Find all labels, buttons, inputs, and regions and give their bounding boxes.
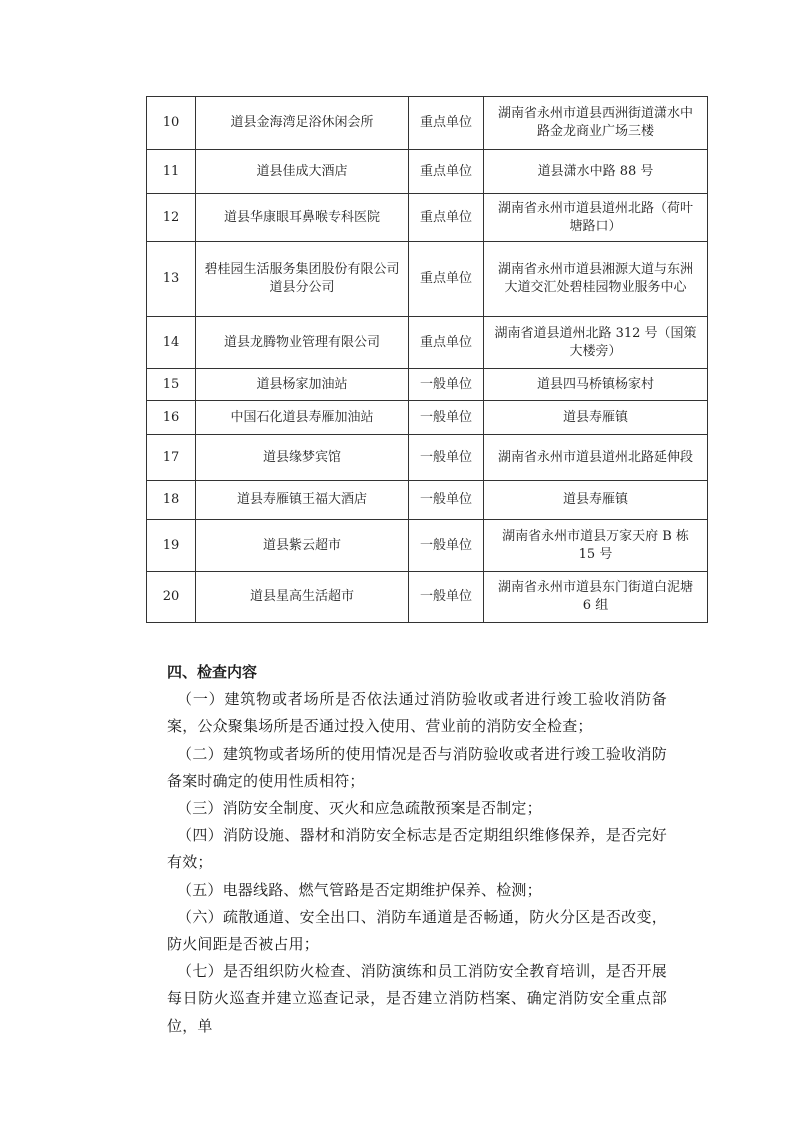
table-row: 18道县寿雁镇王福大酒店一般单位道县寿雁镇 — [147, 481, 708, 520]
unit-address-cell: 湖南省永州市道县万家天府 B 栋 15 号 — [484, 520, 708, 572]
inspection-item-5: （五）电器线路、燃气管路是否定期维护保养、检测； — [167, 877, 667, 904]
row-number-cell: 19 — [147, 520, 196, 572]
row-number-cell: 18 — [147, 481, 196, 520]
unit-level-cell: 一般单位 — [409, 401, 484, 435]
table-row: 15道县杨家加油站一般单位道县四马桥镇杨家村 — [147, 369, 708, 401]
unit-address-cell: 道县四马桥镇杨家村 — [484, 369, 708, 401]
inspection-item-7: （七）是否组织防火检查、消防演练和员工消防安全教育培训，是否开展每日防火巡查并建… — [167, 958, 667, 1040]
row-number-cell: 13 — [147, 242, 196, 317]
inspection-item-4: （四）消防设施、器材和消防安全标志是否定期组织维修保养，是否完好有效； — [167, 822, 667, 876]
table-row: 14道县龙腾物业管理有限公司重点单位湖南省道县道州北路 312 号（国策大楼旁） — [147, 317, 708, 369]
inspection-item-1: （一）建筑物或者场所是否依法通过消防验收或者进行竣工验收消防备案，公众聚集场所是… — [167, 686, 667, 740]
table-row: 19道县紫云超市一般单位湖南省永州市道县万家天府 B 栋 15 号 — [147, 520, 708, 572]
unit-address-cell: 湖南省永州市道县东门街道白泥塘 6 组 — [484, 572, 708, 623]
table-row: 17道县缘梦宾馆一般单位湖南省永州市道县道州北路延伸段 — [147, 435, 708, 481]
document-page: 10道县金海湾足浴休闲会所重点单位湖南省永州市道县西洲街道潇水中路金龙商业广场三… — [0, 0, 793, 1122]
units-table-body: 10道县金海湾足浴休闲会所重点单位湖南省永州市道县西洲街道潇水中路金龙商业广场三… — [147, 97, 708, 623]
unit-level-cell: 一般单位 — [409, 572, 484, 623]
unit-name-cell: 道县寿雁镇王福大酒店 — [196, 481, 409, 520]
table-row: 10道县金海湾足浴休闲会所重点单位湖南省永州市道县西洲街道潇水中路金龙商业广场三… — [147, 97, 708, 150]
unit-level-cell: 重点单位 — [409, 194, 484, 242]
unit-address-cell: 湖南省永州市道县西洲街道潇水中路金龙商业广场三楼 — [484, 97, 708, 150]
unit-level-cell: 重点单位 — [409, 242, 484, 317]
unit-name-cell: 中国石化道县寿雁加油站 — [196, 401, 409, 435]
unit-level-cell: 重点单位 — [409, 150, 484, 194]
unit-name-cell: 道县龙腾物业管理有限公司 — [196, 317, 409, 369]
row-number-cell: 14 — [147, 317, 196, 369]
unit-name-cell: 道县杨家加油站 — [196, 369, 409, 401]
unit-name-cell: 道县缘梦宾馆 — [196, 435, 409, 481]
row-number-cell: 16 — [147, 401, 196, 435]
row-number-cell: 10 — [147, 97, 196, 150]
table-row: 11道县佳成大酒店重点单位道县潇水中路 88 号 — [147, 150, 708, 194]
unit-level-cell: 一般单位 — [409, 481, 484, 520]
unit-name-cell: 道县华康眼耳鼻喉专科医院 — [196, 194, 409, 242]
unit-name-cell: 碧桂园生活服务集团股份有限公司道县分公司 — [196, 242, 409, 317]
unit-name-cell: 道县佳成大酒店 — [196, 150, 409, 194]
row-number-cell: 12 — [147, 194, 196, 242]
unit-address-cell: 道县潇水中路 88 号 — [484, 150, 708, 194]
unit-name-cell: 道县金海湾足浴休闲会所 — [196, 97, 409, 150]
table-row: 12道县华康眼耳鼻喉专科医院重点单位湖南省永州市道县道州北路（荷叶塘路口） — [147, 194, 708, 242]
unit-name-cell: 道县星高生活超市 — [196, 572, 409, 623]
unit-address-cell: 道县寿雁镇 — [484, 401, 708, 435]
inspection-item-2: （二）建筑物或者场所的使用情况是否与消防验收或者进行竣工验收消防备案时确定的使用… — [167, 741, 667, 795]
inspection-item-3: （三）消防安全制度、灭火和应急疏散预案是否制定； — [167, 795, 667, 822]
unit-address-cell: 湖南省永州市道县道州北路（荷叶塘路口） — [484, 194, 708, 242]
row-number-cell: 17 — [147, 435, 196, 481]
section-heading: 四、检查内容 — [167, 659, 667, 686]
row-number-cell: 20 — [147, 572, 196, 623]
inspection-item-6: （六）疏散通道、安全出口、消防车通道是否畅通，防火分区是否改变，防火间距是否被占… — [167, 904, 667, 958]
inspection-content-section: 四、检查内容 （一）建筑物或者场所是否依法通过消防验收或者进行竣工验收消防备案，… — [167, 659, 667, 1040]
unit-address-cell: 湖南省永州市道县湘源大道与东洲大道交汇处碧桂园物业服务中心 — [484, 242, 708, 317]
table-row: 16中国石化道县寿雁加油站一般单位道县寿雁镇 — [147, 401, 708, 435]
units-table: 10道县金海湾足浴休闲会所重点单位湖南省永州市道县西洲街道潇水中路金龙商业广场三… — [146, 96, 708, 623]
table-row: 13碧桂园生活服务集团股份有限公司道县分公司重点单位湖南省永州市道县湘源大道与东… — [147, 242, 708, 317]
table-row: 20道县星高生活超市一般单位湖南省永州市道县东门街道白泥塘 6 组 — [147, 572, 708, 623]
row-number-cell: 15 — [147, 369, 196, 401]
unit-address-cell: 湖南省永州市道县道州北路延伸段 — [484, 435, 708, 481]
row-number-cell: 11 — [147, 150, 196, 194]
unit-level-cell: 一般单位 — [409, 520, 484, 572]
unit-level-cell: 重点单位 — [409, 97, 484, 150]
unit-level-cell: 一般单位 — [409, 369, 484, 401]
unit-address-cell: 道县寿雁镇 — [484, 481, 708, 520]
unit-level-cell: 重点单位 — [409, 317, 484, 369]
unit-address-cell: 湖南省道县道州北路 312 号（国策大楼旁） — [484, 317, 708, 369]
unit-level-cell: 一般单位 — [409, 435, 484, 481]
unit-name-cell: 道县紫云超市 — [196, 520, 409, 572]
